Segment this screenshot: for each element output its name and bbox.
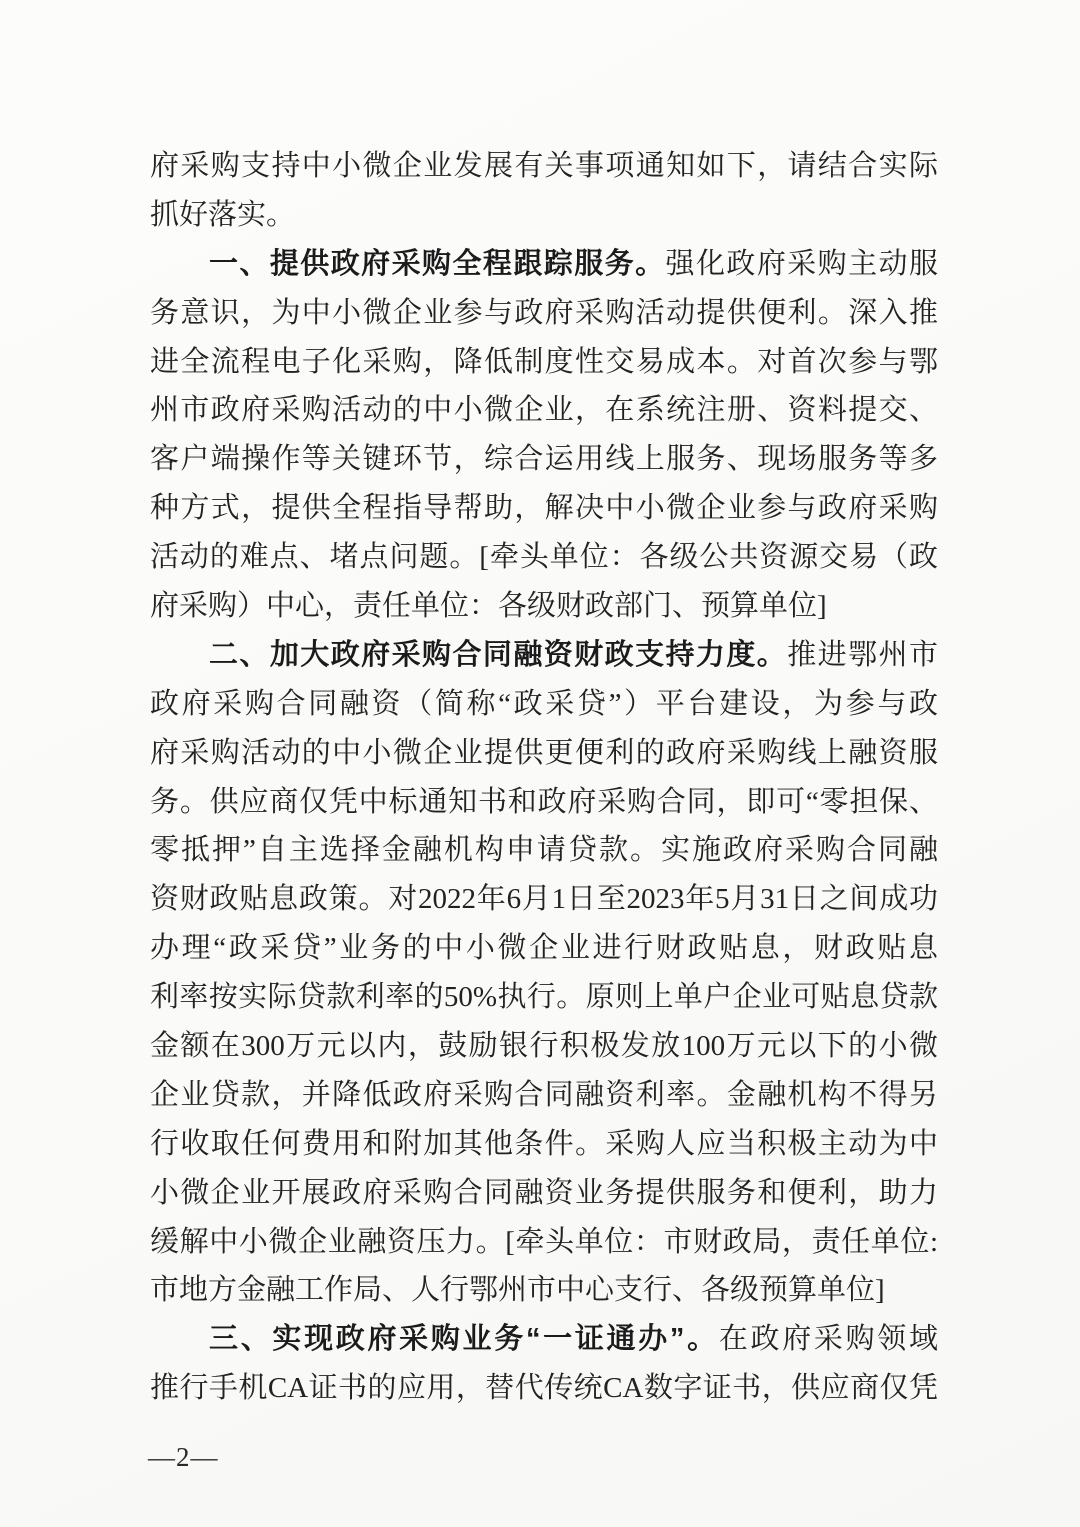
section-heading-text: 二、加大政府采购合同融资财政支持力度。 (209, 639, 787, 671)
text-line: 企业贷款，并降低政府采购合同融资利率。金融机构不得另 (150, 1071, 938, 1120)
document-body: 府采购支持中小微企业发展有关事项通知如下，请结合实际抓好落实。一、提供政府采购全… (150, 142, 938, 1413)
text-line: 客户端操作等关键环节，综合运用线上服务、现场服务等多 (150, 435, 938, 484)
text-line: 务。供应商仅凭中标通知书和政府采购合同，即可“零担保、 (150, 778, 938, 827)
body-text: 州市政府采购活动的中小微企业，在系统注册、资料提交、 (150, 394, 938, 426)
body-text: 行收取任何费用和附加其他条件。采购人应当积极主动为中 (150, 1128, 938, 1160)
text-line: 行收取任何费用和附加其他条件。采购人应当积极主动为中 (150, 1120, 938, 1169)
body-text: 活动的难点、堵点问题。[牵头单位：各级公共资源交易（政 (150, 541, 938, 573)
text-line: 缓解中小微企业融资压力。[牵头单位：市财政局，责任单位: (150, 1218, 938, 1267)
text-line: 三、实现政府采购业务“一证通办”。在政府采购领域 (150, 1315, 938, 1364)
body-text: 资财政贴息政策。对2022年6月1日至2023年5月31日之间成功 (150, 883, 938, 915)
text-line: 政府采购合同融资（简称“政采贷”）平台建设，为参与政 (150, 680, 938, 729)
body-text: 推进鄂州市 (787, 639, 938, 671)
text-line: 推行手机CA证书的应用，替代传统CA数字证书，供应商仅凭 (150, 1364, 938, 1413)
text-line: 金额在300万元以内，鼓励银行积极发放100万元以下的小微 (150, 1022, 938, 1071)
text-line: 府采购活动的中小微企业提供更便利的政府采购线上融资服 (150, 729, 938, 778)
section-heading-text: 一、提供政府采购全程跟踪服务。 (209, 248, 666, 280)
text-line: 进全流程电子化采购，降低制度性交易成本。对首次参与鄂 (150, 338, 938, 387)
body-text: 府采购）中心，责任单位：各级财政部门、预算单位] (150, 590, 827, 622)
body-text: 府采购支持中小微企业发展有关事项通知如下，请结合实际 (150, 150, 938, 182)
body-text: 进全流程电子化采购，降低制度性交易成本。对首次参与鄂 (150, 346, 938, 378)
text-line: 活动的难点、堵点问题。[牵头单位：各级公共资源交易（政 (150, 533, 938, 582)
text-line: 办理“政采贷”业务的中小微企业进行财政贴息，财政贴息 (150, 924, 938, 973)
text-line: 府采购支持中小微企业发展有关事项通知如下，请结合实际 (150, 142, 938, 191)
page-number: —2— (148, 1437, 219, 1477)
text-line: 府采购）中心，责任单位：各级财政部门、预算单位] (150, 582, 938, 631)
body-text: 缓解中小微企业融资压力。[牵头单位：市财政局，责任单位: (150, 1226, 938, 1258)
text-line: 种方式，提供全程指导帮助，解决中小微企业参与政府采购 (150, 484, 938, 533)
text-line: 务意识，为中小微企业参与政府采购活动提供便利。深入推 (150, 289, 938, 338)
scanned-document-page: 府采购支持中小微企业发展有关事项通知如下，请结合实际抓好落实。一、提供政府采购全… (0, 0, 1080, 1527)
body-text: 府采购活动的中小微企业提供更便利的政府采购线上融资服 (150, 737, 938, 769)
body-text: 利率按实际贷款利率的50%执行。原则上单户企业可贴息贷款 (150, 981, 938, 1013)
body-text: 客户端操作等关键环节，综合运用线上服务、现场服务等多 (150, 443, 938, 475)
text-line: 资财政贴息政策。对2022年6月1日至2023年5月31日之间成功 (150, 875, 938, 924)
text-line: 二、加大政府采购合同融资财政支持力度。推进鄂州市 (150, 631, 938, 680)
body-text: 政府采购合同融资（简称“政采贷”）平台建设，为参与政 (150, 688, 938, 720)
text-line: 一、提供政府采购全程跟踪服务。强化政府采购主动服 (150, 240, 938, 289)
body-text: 推行手机CA证书的应用，替代传统CA数字证书，供应商仅凭 (150, 1372, 938, 1404)
text-line: 州市政府采购活动的中小微企业，在系统注册、资料提交、 (150, 386, 938, 435)
body-text: 在政府采购领域 (719, 1323, 938, 1355)
body-text: 办理“政采贷”业务的中小微企业进行财政贴息，财政贴息 (150, 932, 938, 964)
body-text: 企业贷款，并降低政府采购合同融资利率。金融机构不得另 (150, 1079, 938, 1111)
body-text: 金额在300万元以内，鼓励银行积极发放100万元以下的小微 (150, 1030, 938, 1062)
text-line: 利率按实际贷款利率的50%执行。原则上单户企业可贴息贷款 (150, 973, 938, 1022)
body-text: 强化政府采购主动服 (666, 248, 938, 280)
body-text: 抓好落实。 (150, 199, 295, 231)
text-line: 零抵押”自主选择金融机构申请贷款。实施政府采购合同融 (150, 826, 938, 875)
text-line: 市地方金融工作局、人行鄂州市中心支行、各级预算单位] (150, 1266, 938, 1315)
body-text: 务意识，为中小微企业参与政府采购活动提供便利。深入推 (150, 297, 938, 329)
body-text: 零抵押”自主选择金融机构申请贷款。实施政府采购合同融 (150, 834, 938, 866)
section-heading-text: 三、实现政府采购业务“一证通办”。 (209, 1323, 719, 1355)
body-text: 市地方金融工作局、人行鄂州市中心支行、各级预算单位] (150, 1274, 885, 1306)
body-text: 种方式，提供全程指导帮助，解决中小微企业参与政府采购 (150, 492, 938, 524)
body-text: 小微企业开展政府采购合同融资业务提供服务和便利，助力 (150, 1177, 938, 1209)
text-line: 小微企业开展政府采购合同融资业务提供服务和便利，助力 (150, 1169, 938, 1218)
body-text: 务。供应商仅凭中标通知书和政府采购合同，即可“零担保、 (150, 786, 938, 818)
text-line: 抓好落实。 (150, 191, 938, 240)
